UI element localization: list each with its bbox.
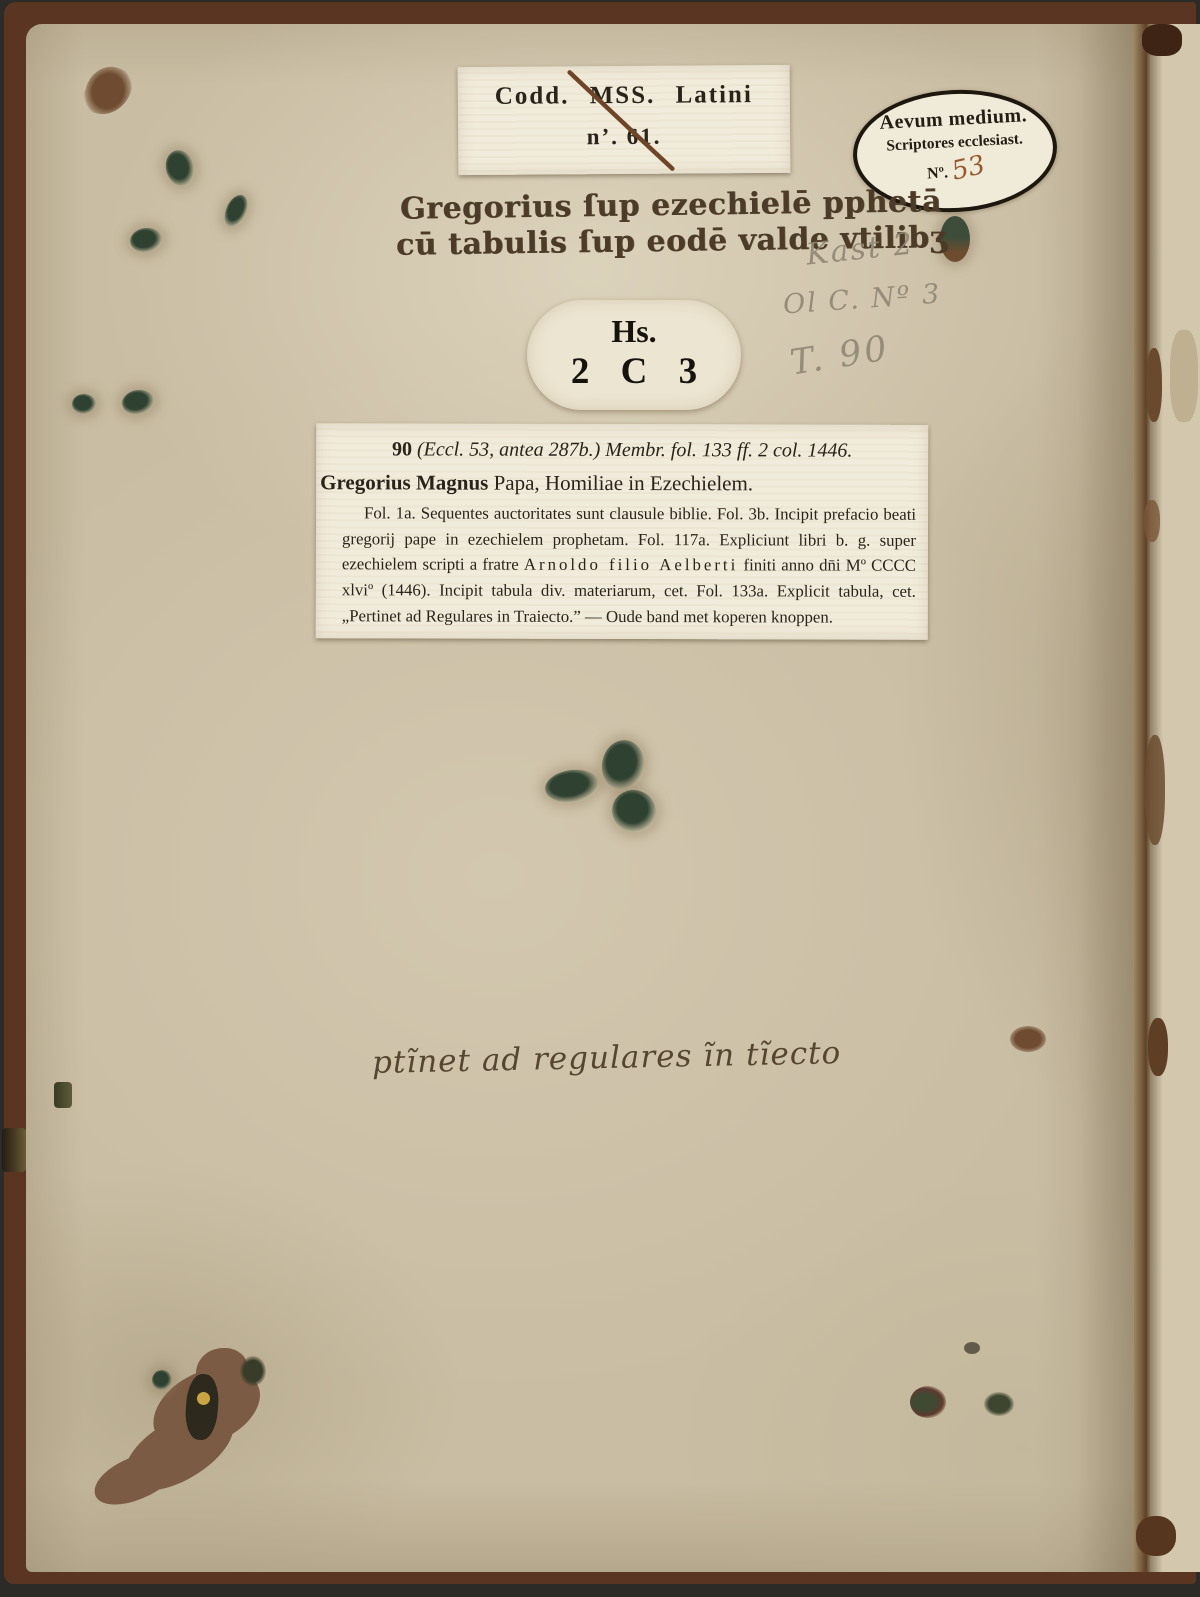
catalog-title-rest: Papa, Homiliae in Ezechielem. xyxy=(488,471,753,496)
ink-stain xyxy=(240,1356,266,1386)
shelfmark-label-codd: Codd. MSS. Latini nʼ. 61. xyxy=(458,65,791,175)
catalog-scribe-name: Arnoldo filio Aelberti xyxy=(524,555,738,575)
stamp-number-handwritten: 53 xyxy=(949,150,988,187)
flyleaf-stain xyxy=(1170,330,1198,422)
catalog-number: 90 xyxy=(392,438,412,460)
catalog-description-label: 90 (Eccl. 53, antea 287b.) Membr. fol. 1… xyxy=(316,423,929,640)
verdigris-stain xyxy=(152,1370,172,1390)
ink-stain xyxy=(984,1392,1014,1416)
strikethrough-line xyxy=(458,65,791,175)
ink-stain xyxy=(964,1342,980,1354)
hs-label-line2: 2 C 3 xyxy=(527,350,741,393)
ink-stain xyxy=(1010,1026,1046,1052)
verdigris-stain xyxy=(72,394,96,414)
metal-glint xyxy=(197,1392,210,1405)
catalog-headline: 90 (Eccl. 53, antea 287b.) Membr. fol. 1… xyxy=(316,435,928,465)
seam-stain xyxy=(1142,24,1182,56)
hs-label-line1: Hs. xyxy=(527,313,741,350)
stamp-number-prefix: Nº. xyxy=(927,164,949,182)
catalog-collation: (Eccl. 53, antea 287b.) Membr. fol. 133 … xyxy=(417,438,853,461)
seam-stain xyxy=(1136,1516,1176,1556)
shelfmark-label-hs: Hs. 2 C 3 xyxy=(527,300,741,410)
seam-stain xyxy=(1145,735,1165,845)
seam-stain xyxy=(1146,348,1162,422)
gutter-shadow xyxy=(1078,24,1134,1572)
catalog-body: Fol. 1a. Sequentes auctoritates sunt cla… xyxy=(342,501,916,630)
seam-stain xyxy=(1144,500,1160,542)
manuscript-cover-photo: { "labels": { "codd_label": { "line1": "… xyxy=(0,0,1200,1597)
seam-stain xyxy=(1148,1018,1168,1076)
catalog-author: Gregorius Magnus xyxy=(320,470,488,494)
catalog-title: Gregorius Magnus Papa, Homiliae in Ezech… xyxy=(320,468,928,499)
clasp-remnant xyxy=(54,1082,72,1108)
clasp-remnant xyxy=(2,1128,26,1172)
ink-stain xyxy=(910,1386,946,1418)
